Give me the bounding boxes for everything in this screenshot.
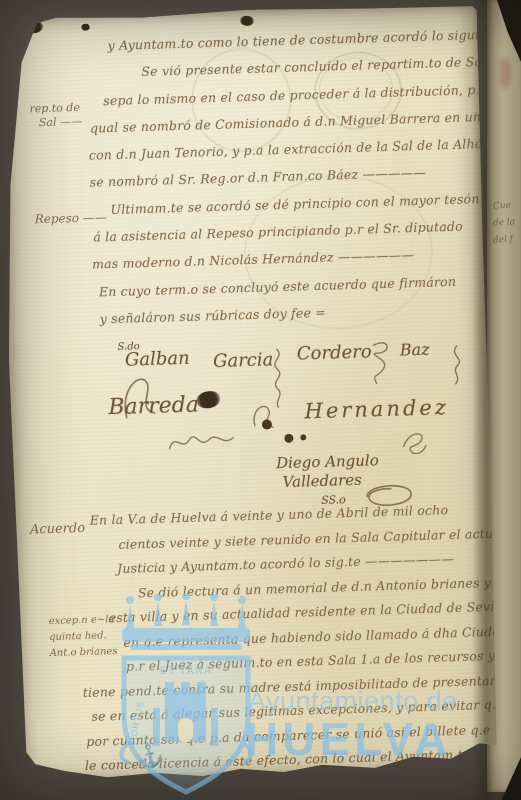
signature-rubric [367, 337, 394, 388]
ink-stain [27, 21, 43, 33]
signature-block: S.do Galban Garcia Cordero Baz Barreda H… [54, 331, 481, 523]
signature-angulo-line2: Valledares [282, 471, 362, 491]
body-section-1: y Ayuntam.to como lo tiene de costumbre … [85, 27, 472, 338]
signature-barreda: Barreda [108, 392, 199, 420]
manuscript-scan: Cue de la del f rep.to de Sal —— Repeso … [0, 0, 521, 800]
signature-hernandez: Hernandez [304, 395, 449, 423]
page-gutter-shadow [472, 0, 504, 800]
ink-stain [240, 16, 254, 26]
signature-flourish [165, 426, 238, 456]
manuscript-page: rep.to de Sal —— Repeso —— Acuerdo excep… [0, 3, 499, 783]
signature-rubric [399, 426, 430, 455]
signature-galban: Galban [125, 348, 190, 371]
ink-dot [284, 434, 293, 443]
body-section-2: En la V.a de Huelva á veinte y uno de Ab… [77, 501, 485, 782]
ink-dot [300, 434, 306, 440]
signature-baz: Baz [400, 340, 430, 360]
margin-note-line: Sal —— [39, 115, 83, 130]
ink-blot [196, 391, 220, 409]
margin-note-reparto-sal: rep.to de Sal —— [29, 101, 82, 131]
signature-rubric [447, 344, 468, 387]
signature-angulo-line1: Diego Angulo [276, 451, 379, 472]
ink-stain [81, 24, 90, 31]
signature-cordero: Cordero [297, 341, 372, 364]
